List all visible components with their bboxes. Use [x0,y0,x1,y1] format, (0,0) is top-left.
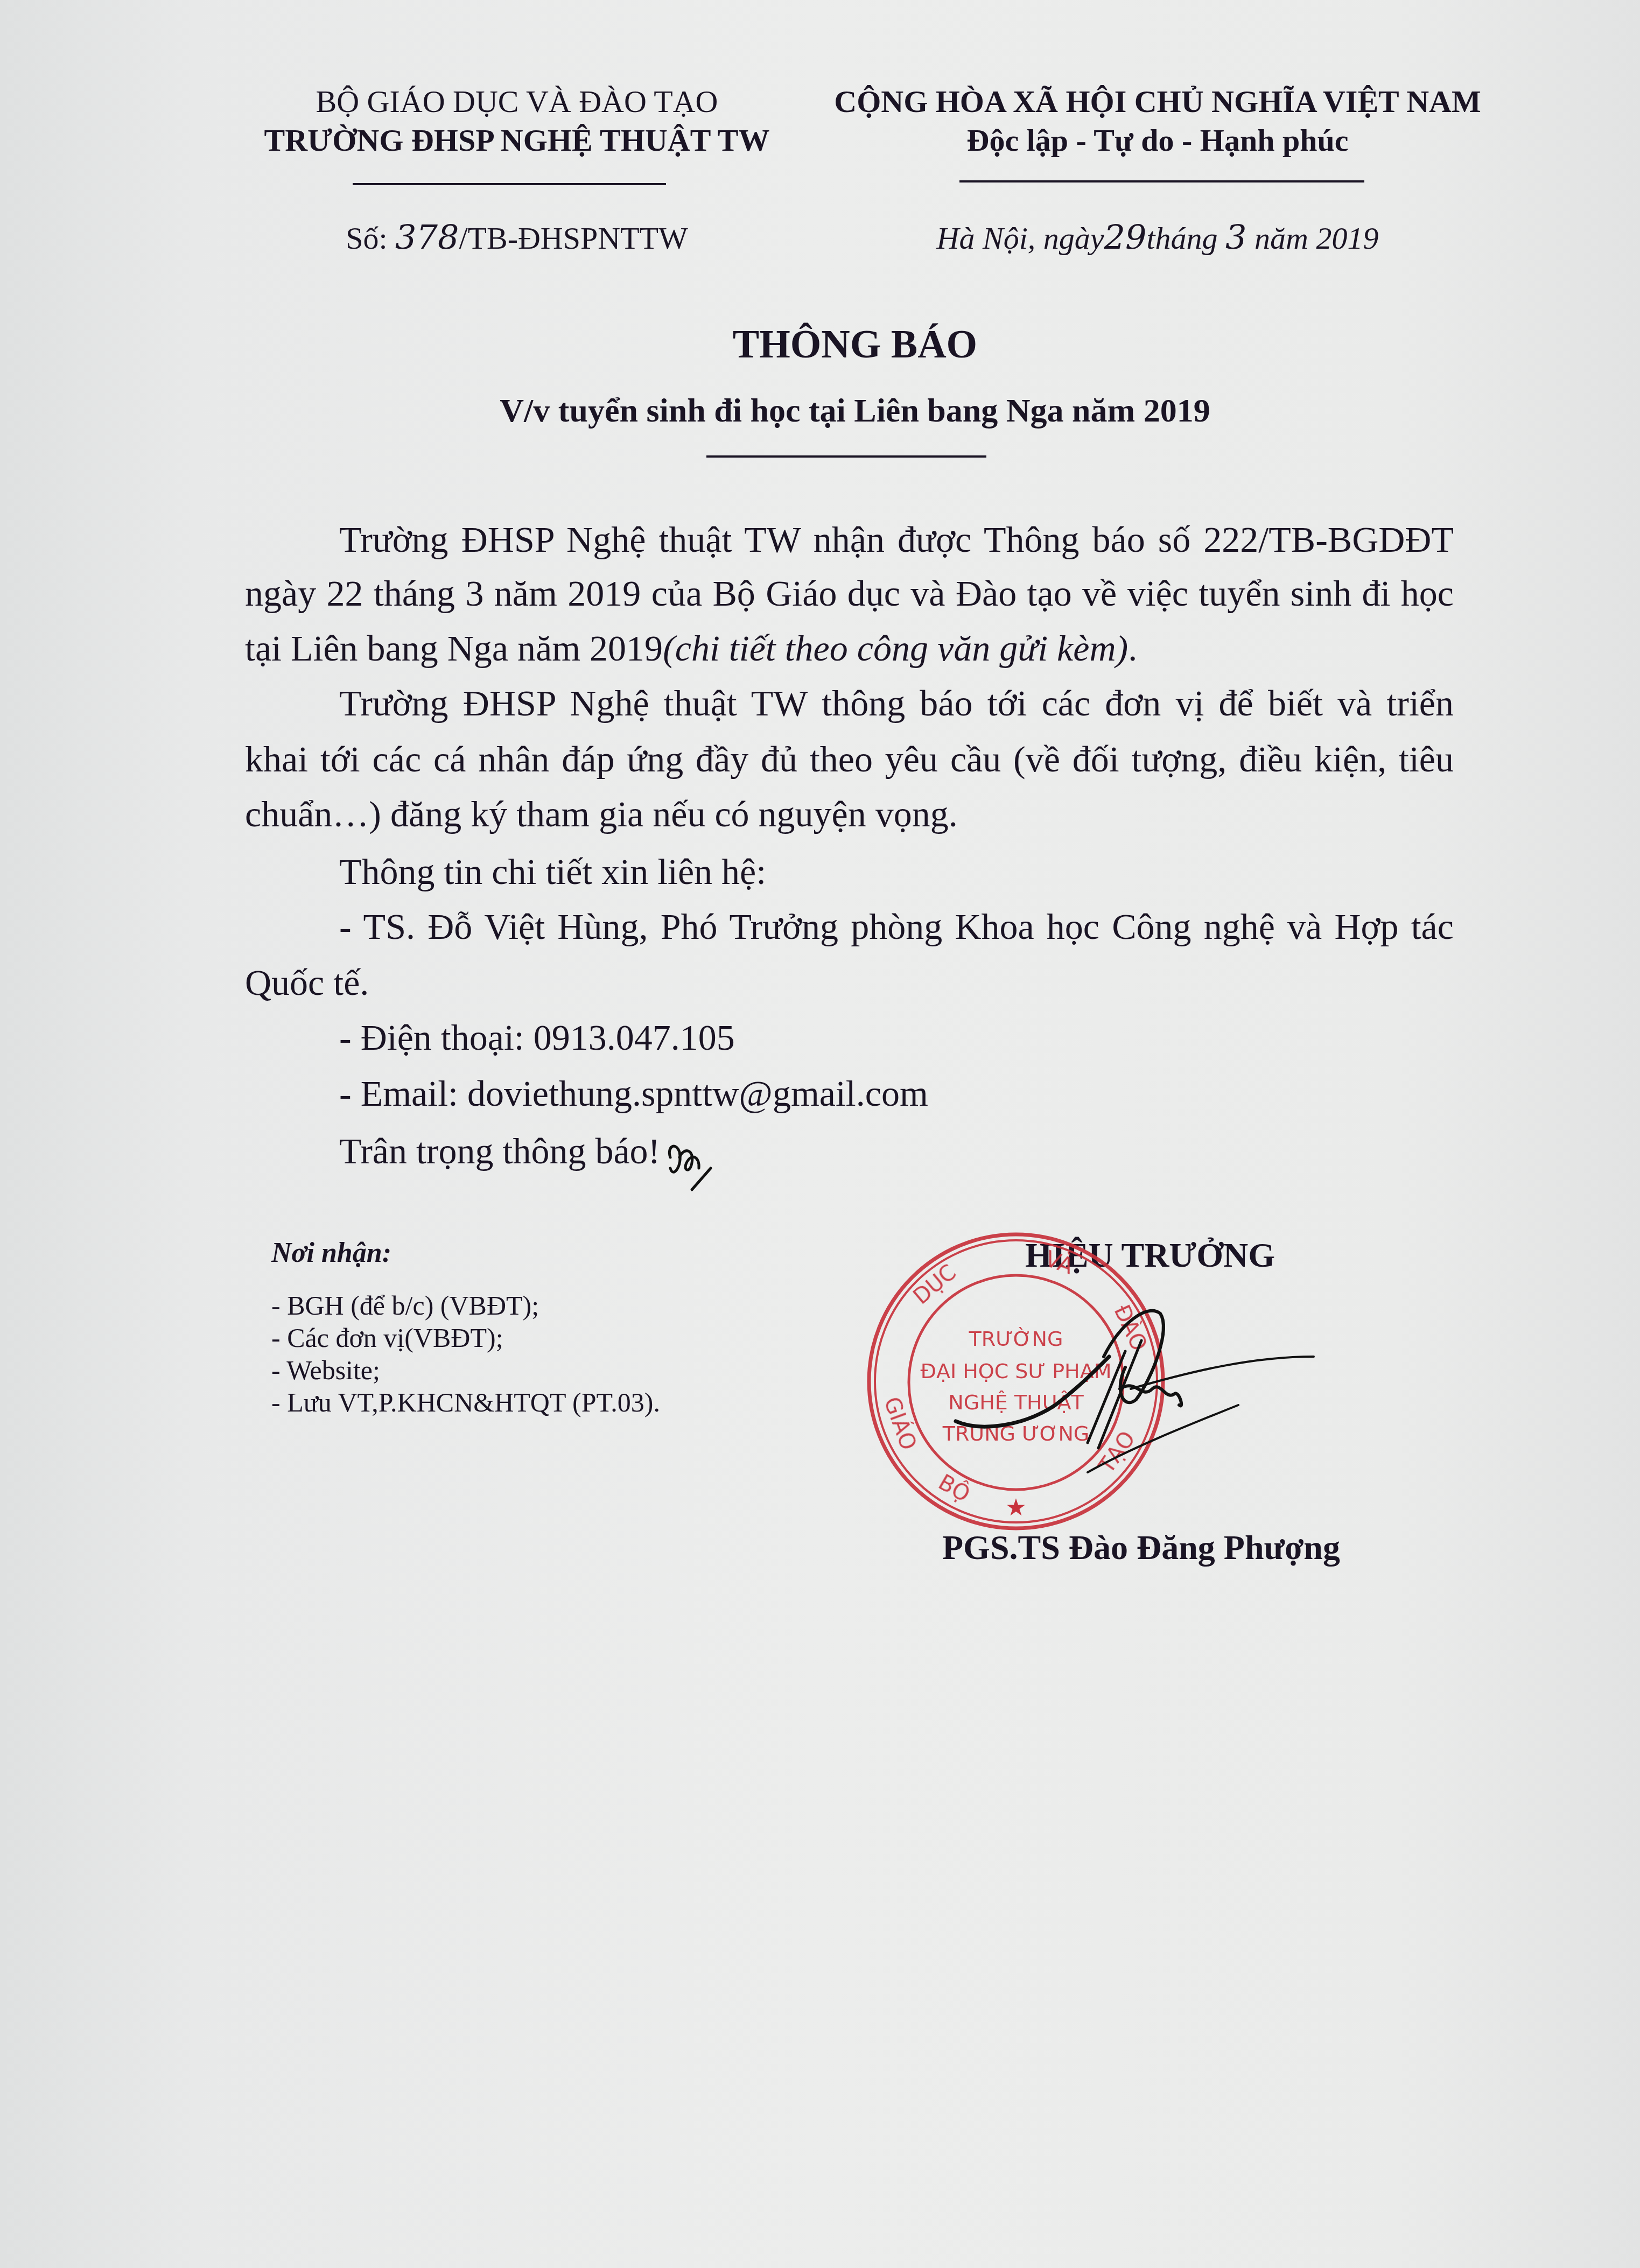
stamp-word: DỤC [909,1260,961,1310]
stamp-line: TRƯỜNG [969,1327,1063,1351]
initials-mark [669,1146,711,1190]
stamp-word: VÀ [1042,1246,1077,1280]
star-icon: ★ [1005,1494,1026,1521]
stamp-line: NGHỆ THUẬT [948,1391,1084,1414]
stamp-center-text: TRƯỜNG ĐẠI HỌC SƯ PHẠM NGHỆ THUẬT TRUNG … [921,1327,1112,1445]
stamp-line: ĐẠI HỌC SƯ PHẠM [921,1359,1112,1383]
stamp-and-signature-layer: BỘ GIÁO DỤC VÀ ĐÀO TẠO TRƯỜNG ĐẠI HỌC SƯ… [0,0,1640,2268]
